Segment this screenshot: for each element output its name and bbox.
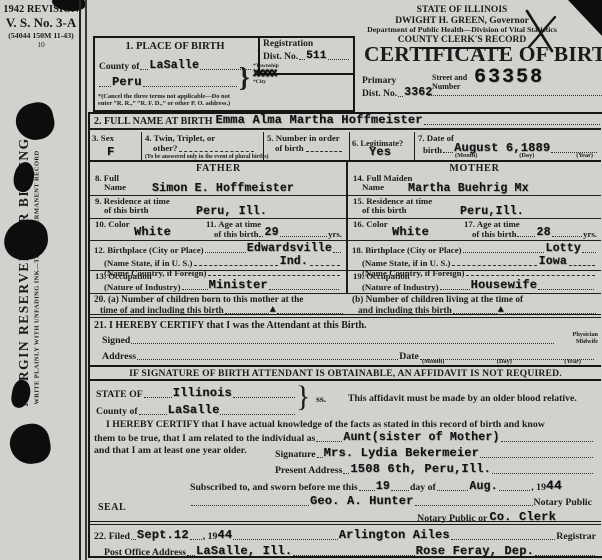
mother-occupation-value: Housewife [471,278,538,292]
place-of-birth-title: 1. PLACE OF BIRTH [95,41,255,52]
mother-birth-state-label: (Name State, if in U. S.) [362,258,450,268]
father-color-value: White [134,225,171,239]
affidavit-banner: IF SIGNATURE OF BIRTH ATTENDANT IS OBTAI… [90,367,601,381]
sworn-line: Subscribed to, and sworn before me this … [190,478,562,493]
street-label-1: Street and [432,73,467,82]
date-of-birth-cell: 7. Date of birth August 6,1889 (Month) (… [415,132,601,160]
father-birthplace-value: Edwardsville [247,242,332,255]
affidavit-relation-line: them to be true, that I am related to th… [94,431,594,444]
signature-line: Signature Mrs. Lydia Bekermeier [275,446,594,460]
primary-dist-label: Dist. No. [362,89,397,99]
children-born-field: 20. (a) Number of children born to this … [94,295,344,316]
attendant-signed-label: Signed [102,335,130,346]
father-age-value: 29 [264,226,278,239]
attendant-date-label: Date [399,351,419,362]
father-residence-value: Peru, Ill. [196,205,267,218]
children-born-label-1: 20. (a) Number of children born to this … [94,295,344,305]
father-color-label: 10. Color [95,219,130,229]
children-living-field: (b) Number of children living at the tim… [352,295,597,316]
mother-residence-label-2: of this birth [362,205,406,215]
father-occupation-line: (Nature of Industry) Minister [104,278,340,292]
certificate-title: CERTIFICATE OF BIRTH [364,42,602,67]
mother-name-row: 14. Full Maiden Name Martha Buehrig Mx [348,173,601,196]
deputy-name-value: Rose Feray, Dep. [416,544,534,558]
dob-year-label: (Year) [576,152,593,159]
filed-year-prefix: , 19 [203,531,218,542]
father-birth-state-value: Ind. [280,255,308,268]
mother-name-value: Martha Buehrig Mx [408,182,529,195]
filed-year-value: 44 [217,528,232,542]
notary-label: Notary Public [534,497,593,508]
children-born-label-2: time of and including this birth [100,306,224,316]
relation-value: Aunt(sister of Mother) [343,431,499,444]
present-address-line: Present Address 1508 6th, Peru,Ill. [275,462,594,476]
street-number-label: Street and Number [432,73,467,91]
notary-name-value: Geo. A. Hunter [310,494,414,508]
father-industry-label: (Nature of Industry) [104,282,181,292]
midwife-label: Midwife [573,338,598,345]
children-living-label-2: and including this birth [358,306,452,316]
sworn-label-3: , 19 [531,482,546,493]
state-name: STATE OF ILLINOIS [330,5,594,16]
footnote-line-2: enter “R. R.,” “R. F. D.,” or other P. O… [98,100,230,108]
full-name-row: 2. FULL NAME AT BIRTH Emma Alma Martha H… [90,114,601,130]
term-city: *City [253,80,279,86]
affidavit-state-line: STATE OF Illinois [96,386,296,400]
mother-name-label-2: Name [362,182,384,192]
sex-label: 3. Sex [92,133,114,143]
twin-label-1: 4. Twin, Triplet, or [145,133,260,143]
terms-brace: } [239,64,250,91]
attendant-month-label: (Month) [422,358,444,365]
attendant-date-units: (Month) (Day) (Year) [422,358,581,365]
mother-color-value: White [392,225,429,239]
affidavit-state-label: STATE OF [96,389,143,400]
father-birthplace-row: 12. Birthplace (City or Place) Edwardsvi… [90,241,346,271]
filed-label: 22. Filed [94,531,130,542]
full-name-label: 2. FULL NAME AT BIRTH [94,116,212,127]
terms-column: *Township XXXXX *City [253,64,279,86]
sex-cell: 3. Sex F [90,132,142,160]
mother-color-age-row: 16. Color White 17. Age at time of this … [348,219,601,241]
attendant-signed-line: Signed [102,335,555,346]
legitimate-cell: 6. Legitimate? Yes [350,132,415,160]
signature-label: Signature [275,449,316,460]
mother-residence-value: Peru,Ill. [460,205,524,218]
father-column: 8. Full Name Simon E. Hoffmeister 9. Res… [90,173,346,293]
affidavit-brace: } [296,382,310,412]
department-name: Department of Public Health—Division of … [330,26,594,35]
father-residence-label-2: of this birth [104,205,148,215]
street-label-2: Number [432,82,467,91]
filing-divider [90,521,601,525]
mother-birthplace-value: Lotty [545,242,581,255]
father-name-row: 8. Full Name Simon E. Hoffmeister [90,173,346,196]
form-number: V. S. No. 3-A [0,15,82,31]
mother-birth-state-value: Iowa [539,255,567,268]
dob-month-label: (Month) [455,152,477,159]
child-details-row: 3. Sex F 4. Twin, Triplet, or other? (To… [90,132,601,162]
street-dotted-line [428,95,602,96]
father-occupation-value: Minister [209,278,268,292]
mother-column: 14. Full Maiden Name Martha Buehrig Mx 1… [348,173,601,293]
father-age-line: of this birth 29 yrs. [214,226,342,239]
filed-line: 22. Filed Sept.12 , 19 44 Arlington Aile… [94,528,596,542]
city-line: Peru [98,75,238,89]
mother-age-line: of this birth 28 yrs. [472,226,597,239]
attendant-day-label: (Day) [497,358,512,365]
father-age-label-2: of this birth [214,229,258,239]
father-color-age-row: 10. Color White 11. Age at time of this … [90,219,346,241]
mother-occupation-line: (Nature of Industry) Housewife [362,278,595,292]
post-office-label: Post Office Address [104,547,186,558]
order-label-1: 5. Number in order [267,133,346,143]
father-occupation-row: 13. Occupation (Nature of Industry) Mini… [90,271,346,293]
mother-residence-row: 15. Residence at time of this birth Peru… [348,196,601,219]
twin-label-2: other? [153,143,177,153]
registrar-name-value: Arlington Ailes [339,528,450,542]
mother-industry-label: (Nature of Industry) [362,282,439,292]
certificate-number: 63358 [474,66,544,89]
sworn-label-1: Subscribed to, and sworn before me this [190,482,358,493]
sworn-year-value: 44 [546,478,562,493]
sworn-day-value: 19 [376,480,390,493]
post-office-line: Post Office Address LaSalle, Ill. Rose F… [104,544,596,558]
children-living-value: ▲ [498,305,504,316]
affidavit-certify-3: and that I am at least one year older. [94,445,247,456]
ink-blot [2,218,50,262]
sex-value: F [107,145,114,159]
print-code-2: 10 [0,40,82,49]
dob-label-2: birth [423,145,442,155]
affidavit-county-label: County of [96,406,138,417]
place-of-birth-box: 1. PLACE OF BIRTH County of LaSalle Peru… [93,36,355,112]
attendant-year-label: (Year) [564,358,581,365]
father-residence-row: 9. Residence at time of this birth Peru,… [90,196,346,219]
affidavit-certify-2: them to be true, that I am related to th… [94,433,315,444]
attendant-type-labels: Physician Midwife [573,331,598,346]
primary-dist-value: 3362 [404,86,432,99]
attendant-address-label: Address [102,351,136,362]
place-footnote: *(Cancel the three terms not applicable—… [98,93,230,108]
attendant-certify-text: 21. I HEREBY CERTIFY that I was the Atte… [94,320,367,331]
affidavit-ss: ss. [316,394,326,405]
primary-label: Primary [362,76,434,86]
twin-note: (To be answered only in the event of plu… [145,154,260,160]
affidavit-certify-1: I HEREBY CERTIFY that I have actual know… [106,419,545,430]
mother-color-label: 16. Color [353,219,388,229]
dob-day-label: (Day) [519,152,534,159]
father-age-unit: yrs. [328,229,342,239]
mother-birthplace-label: 18. Birthplace (City or Place) [352,245,462,255]
order-label-2: of birth [275,143,304,153]
post-office-value: LaSalle, Ill. [196,544,292,558]
seal-label: SEAL [98,502,126,513]
physician-label: Physician [573,331,598,338]
affidavit-county-line: County of LaSalle [96,403,296,417]
father-name-value: Simon E. Hoffmeister [152,182,294,195]
present-address-value: 1508 6th, Peru,Ill. [350,462,491,476]
affidavit-county-value: LaSalle [168,403,220,417]
print-code: (54044 150M 11-43) [0,31,82,40]
binding-rule-inner [85,0,87,560]
binding-rule-outer [79,0,81,560]
mother-age-label-2: of this birth [472,229,516,239]
primary-dist-block: Primary Dist. No. 3362 [362,76,434,99]
dob-units: (Month) (Day) (Year) [455,152,593,159]
father-birthplace-label: 12. Birthplace (City or Place) [94,245,204,255]
sworn-month-value: Aug. [469,480,497,493]
sworn-label-2: day of [410,482,436,493]
footnote-line-1: *(Cancel the three terms not applicable—… [98,93,230,101]
children-count-row: 20. (a) Number of children born to this … [90,293,601,318]
birth-order-cell: 5. Number in order of birth [264,132,350,160]
children-living-label-1: (b) Number of children living at the tim… [352,295,597,305]
present-address-label: Present Address [275,465,342,476]
children-born-value: ▲ [270,305,276,316]
filed-date-value: Sept.12 [137,528,189,542]
main-form: 2. FULL NAME AT BIRTH Emma Alma Martha H… [88,112,602,558]
ink-blot [7,421,53,467]
county-line: County of LaSalle [99,59,252,72]
father-name-label-2: Name [104,182,126,192]
county-label: County of [99,62,139,72]
father-birth-state-label: (Name State, if in U. S.) [104,258,192,268]
mother-birthplace-row: 18. Birthplace (City or Place) Lotty (Na… [348,241,601,271]
notary-line: Geo. A. Hunter Notary Public [190,494,592,508]
county-value: LaSalle [149,59,199,72]
legitimate-value: Yes [369,145,391,159]
registrar-label: Registrar [556,531,596,542]
signature-value: Mrs. Lydia Bekermeier [324,446,479,460]
mother-occupation-row: 19. Occupation (Nature of Industry) Hous… [348,271,601,293]
mother-age-unit: yrs. [583,229,597,239]
affidavit-note: This affidavit must be made by an older … [348,393,577,404]
mother-age-value: 28 [536,226,550,239]
attendant-row: 21. I HEREBY CERTIFY that I was the Atte… [90,318,601,367]
affidavit-state-value: Illinois [173,386,232,400]
twin-cell: 4. Twin, Triplet, or other? (To be answe… [142,132,264,160]
city-value: Peru [112,75,142,89]
birth-certificate-page: 1942 REVISION V. S. No. 3-A (54044 150M … [0,0,602,560]
full-name-value: Emma Alma Martha Hoffmeister [215,113,422,127]
